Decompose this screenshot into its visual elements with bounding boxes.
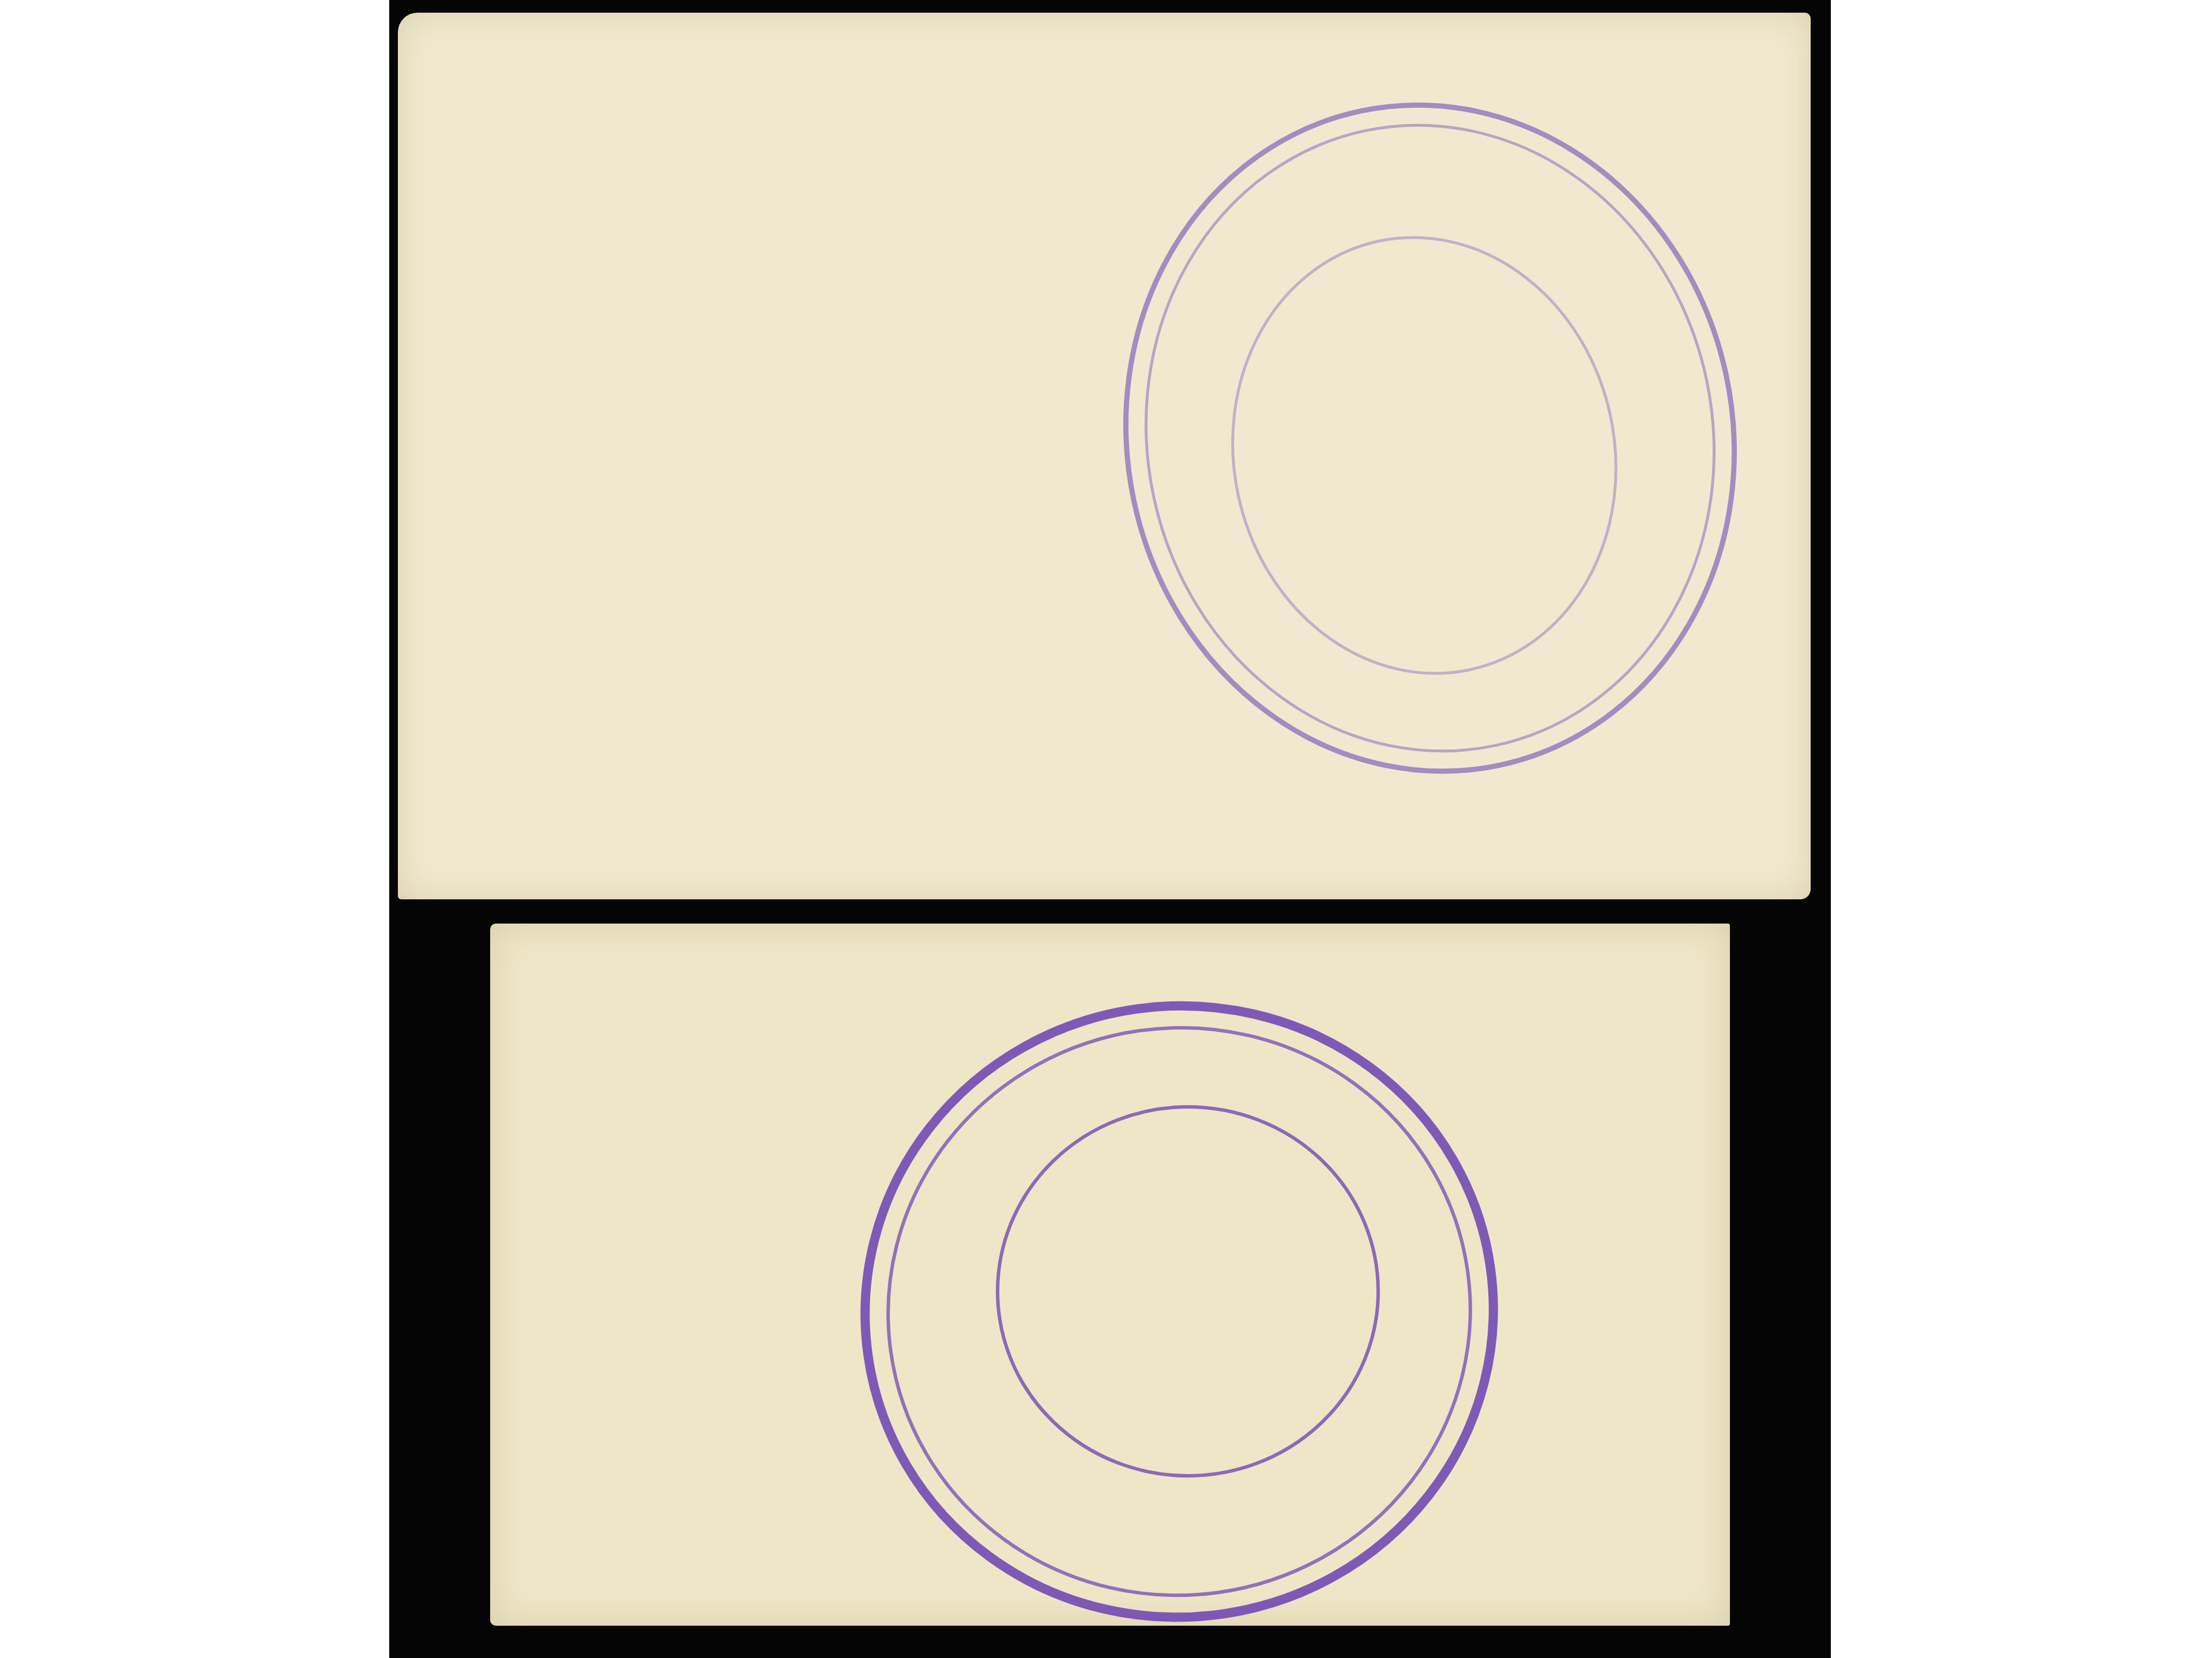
stamp-bottom (0, 0, 1533, 1658)
council-stamps (0, 0, 2212, 1658)
stamp-top (0, 0, 1796, 828)
